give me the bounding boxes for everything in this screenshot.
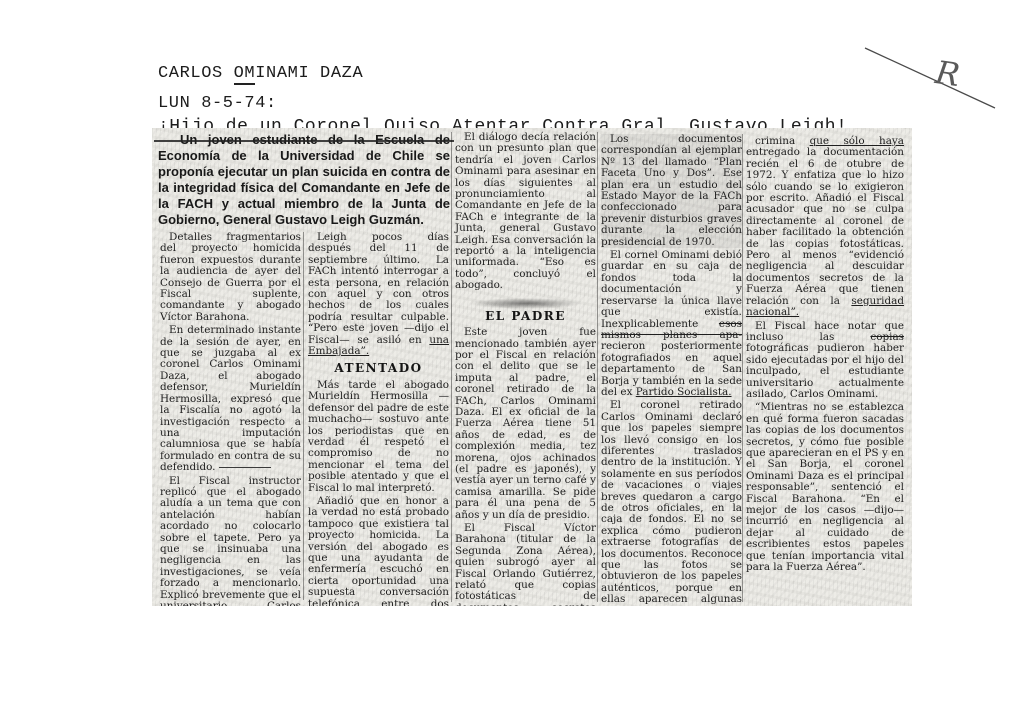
- paragraph: El diálogo decía relación con un presunt…: [455, 132, 596, 292]
- scan-line: [154, 140, 454, 142]
- lead-text: Un joven estudiante de la Escuela de Eco…: [158, 132, 450, 228]
- paragraph: Más tarde el abogado Murieldín Hermosill…: [308, 380, 449, 494]
- struck-text: copias: [870, 331, 904, 343]
- typed-name-pre: CARLOS: [158, 64, 234, 83]
- paragraph: El cornel Ominami debió guardar en su ca…: [601, 250, 742, 398]
- typed-name-post: INAMI DAZA: [255, 64, 363, 83]
- paragraph: El Fiscal hace notar que incluso las cop…: [746, 321, 904, 401]
- typed-date-line: LUN 8-5-74:: [158, 94, 847, 113]
- paragraph: Leigh pocos días después del 11 de septi…: [308, 232, 449, 357]
- article-lead: Un joven estudiante de la Escuela de Eco…: [158, 132, 450, 228]
- column-rule: [742, 134, 743, 602]
- paragraph: “Mientras no se establezca en qué forma …: [746, 402, 904, 573]
- column-rule: [451, 132, 452, 602]
- subheading-atentado: ATENTADO: [308, 363, 449, 374]
- article-column-3: El diálogo decía relación con un presunt…: [455, 132, 596, 602]
- paragraph: En determinado instante de la sesión de …: [160, 325, 301, 473]
- pen-dash: [219, 467, 271, 468]
- paragraph-text: crimina: [755, 135, 810, 147]
- typed-name-line: CARLOS OMINAMI DAZA: [158, 64, 847, 83]
- newspaper-clipping: Un joven estudiante de la Escuela de Eco…: [152, 128, 912, 606]
- paragraph: El Fiscal instructor replicó que el abog…: [160, 476, 301, 606]
- paragraph-text: entregado la documentación recién el 6 d…: [746, 146, 904, 306]
- article-column-1: Detalles fragmentarios del proyecto homi…: [160, 232, 301, 600]
- paragraph: Añadió que en honor a la verdad no está …: [308, 496, 449, 606]
- pen-letter-r: R: [932, 53, 962, 94]
- pen-slash: [865, 48, 995, 108]
- column-rule: [597, 132, 598, 602]
- paragraph: El Fiscal Víctor Barahona (titular de la…: [455, 523, 596, 606]
- paragraph: crimina que sólo haya entregado la docum…: [746, 136, 904, 319]
- paragraph: Este joven fue mencionado también ayer p…: [455, 327, 596, 521]
- paragraph: El coronel retirado Carlos Ominami decla…: [601, 400, 742, 606]
- article-column-5: crimina que sólo haya entregado la docum…: [746, 136, 904, 602]
- typed-name-underlined: OM: [234, 64, 256, 85]
- paragraph-text: En determinado instante de la sesión de …: [160, 324, 301, 473]
- column-rule: [303, 232, 304, 600]
- paragraph: Detalles fragmentarios del proyecto homi…: [160, 232, 301, 323]
- paragraph-text: fotográficas pudieron haber sido ejecuta…: [746, 342, 904, 400]
- article-column-2: Leigh pocos días después del 11 de septi…: [308, 232, 449, 600]
- underlined-text: que sólo haya: [810, 135, 904, 147]
- article-column-4: Los documentos correspondían al ejemplar…: [601, 134, 742, 602]
- paragraph: Los documentos correspondían al ejemplar…: [601, 134, 742, 248]
- handwritten-mark: R: [833, 22, 1011, 122]
- underlined-text: Partido Socialista.: [636, 386, 732, 398]
- paragraph-text: Leigh pocos días después del 11 de septi…: [308, 231, 449, 346]
- subheading-el-padre: EL PADRE: [455, 298, 596, 322]
- typed-annotation-block: CARLOS OMINAMI DAZA LUN 8-5-74: ¡Hijo de…: [158, 64, 847, 137]
